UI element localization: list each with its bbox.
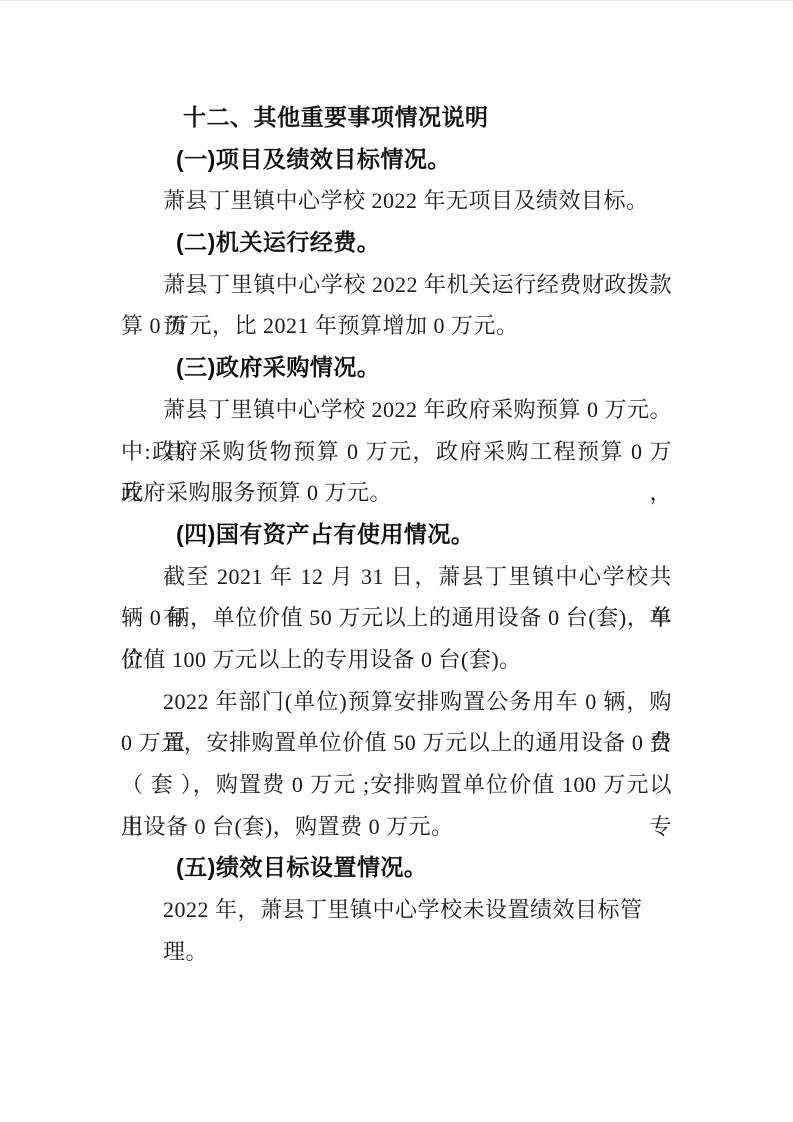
paragraph-line: 萧县丁里镇中心学校 2022 年政府采购预算 0 万元。其 <box>121 389 672 431</box>
paragraph-line: 2022 年部门(单位)预算安排购置公务用车 0 辆，购置费 <box>121 681 672 723</box>
subheading-5-performance-target-setting: (五)绩效目标设置情况。 <box>121 847 672 889</box>
document-page: 十二、其他重要事项情况说明 (一)项目及绩效目标情况。 萧县丁里镇中心学校 20… <box>0 0 793 1122</box>
paragraph-line: 2022 年，萧县丁里镇中心学校未设置绩效目标管理。 <box>121 889 672 931</box>
subheading-3-government-procurement: (三)政府采购情况。 <box>121 347 672 389</box>
subheading-1-project-performance-targets: (一)项目及绩效目标情况。 <box>121 139 672 181</box>
paragraph-line: 萧县丁里镇中心学校 2022 年无项目及绩效目标。 <box>121 180 672 222</box>
document-body: 十二、其他重要事项情况说明 (一)项目及绩效目标情况。 萧县丁里镇中心学校 20… <box>121 97 672 931</box>
section-heading-other-important-matters: 十二、其他重要事项情况说明 <box>121 97 672 139</box>
paragraph-line: 萧县丁里镇中心学校 2022 年机关运行经费财政拨款预 <box>121 264 672 306</box>
paragraph-line: 算 0 万元，比 2021 年预算增加 0 万元。 <box>121 305 672 347</box>
paragraph-line: 价值 100 万元以上的专用设备 0 台(套)。 <box>121 639 672 681</box>
paragraph-line: 中:政府采购货物预算 0 万元，政府采购工程预算 0 万元， <box>121 431 672 473</box>
paragraph-line: （ 套 ），购置费 0 万元 ;安排购置单位价值 100 万元以上专 <box>121 764 672 806</box>
subheading-2-agency-operating-funds: (二)机关运行经费。 <box>121 222 672 264</box>
subheading-4-state-owned-assets: (四)国有资产占有使用情况。 <box>121 514 672 556</box>
paragraph-line: 截至 2021 年 12 月 31 日，萧县丁里镇中心学校共有车 <box>121 556 672 598</box>
paragraph-line: 0 万元，安排购置单位价值 50 万元以上的通用设备 0 台 <box>121 722 672 764</box>
paragraph-line: 辆 0 辆，单位价值 50 万元以上的通用设备 0 台(套)，单位 <box>121 597 672 639</box>
